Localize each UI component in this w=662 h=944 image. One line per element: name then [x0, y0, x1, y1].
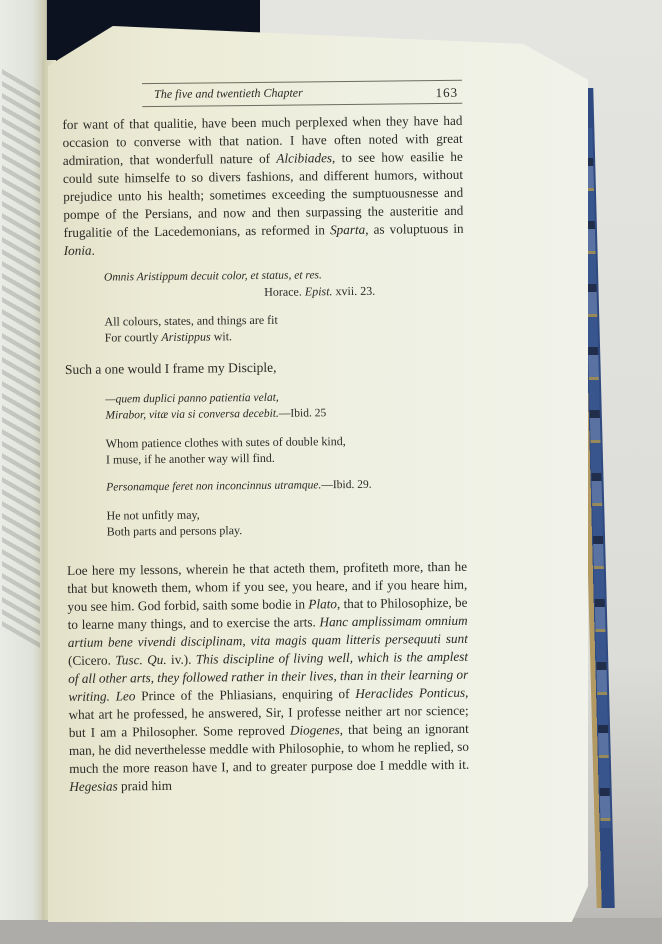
latin-quote-3: Personamque feret non inconcinnus utramq… [106, 476, 466, 496]
left-page-text-blur [2, 69, 40, 651]
paragraph-2: Loe here my lessons, wherein he that act… [67, 558, 469, 796]
lead-line: Such a one would I frame my Disciple, [65, 358, 465, 378]
translation-3: He not unfitly may, Both parts and perso… [106, 504, 466, 540]
page-number: 163 [436, 85, 459, 101]
translation-2: Whom patience clothes with sutes of doub… [106, 432, 466, 468]
quote-attribution: Horace. Epist. xvii. 23. [264, 282, 464, 300]
chapter-title: The five and twentieth Chapter [154, 85, 303, 102]
latin-quote-horace: Omnis Aristippum decuit color, et status… [104, 266, 464, 302]
translation-1: All colours, states, and things are fit … [104, 310, 464, 346]
latin-quote-2: —quem duplici panno patientia velat, Mir… [105, 388, 465, 424]
left-page-curl [0, 0, 47, 920]
paragraph-1: for want of that qualitie, have been muc… [62, 112, 463, 260]
page-text: The five and twentieth Chapter 163 for w… [62, 80, 469, 796]
running-head: The five and twentieth Chapter 163 [142, 80, 462, 107]
